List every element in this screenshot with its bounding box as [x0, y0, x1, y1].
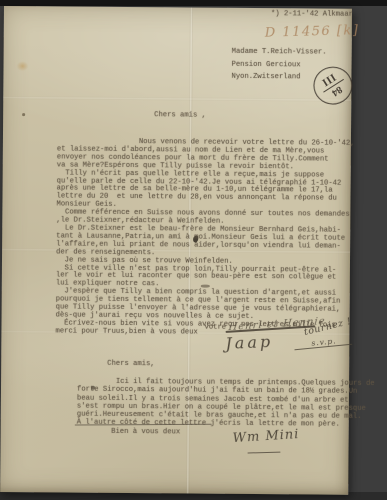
stamp-bottom-text: 84	[330, 84, 343, 97]
letter1-salutation: Chers amis ,	[154, 112, 206, 120]
address-line-3: Nyon.Zwitserland	[231, 73, 300, 82]
scan-top-edge	[0, 0, 387, 6]
signature-underline	[247, 452, 280, 454]
paper-speck	[22, 113, 25, 116]
paper-stain	[16, 61, 28, 71]
letter2-body: Ici il fait toujours un temps de printem…	[77, 378, 375, 438]
archive-number-handwritten: D 11456 [k]	[265, 23, 360, 41]
letter-paper: *) 2-11-'42 Alkmaar D 11456 [k] Madame T…	[0, 6, 352, 495]
letter1-signature-jaap: Jaap	[225, 332, 274, 353]
scan-background: *) 2-11-'42 Alkmaar D 11456 [k] Madame T…	[0, 0, 387, 500]
letter2-signature: Wm Mini	[232, 427, 300, 446]
letter1-closing-typed: votre	[204, 325, 226, 333]
letter2-salutation: Chers amis,	[107, 361, 155, 369]
horizontal-fold-crease-top	[3, 96, 351, 102]
archive-stamp: III 84	[313, 66, 352, 104]
address-line-2: Pension Gercioux	[232, 60, 301, 69]
address-line-1: Madame T.Reich-Visser.	[232, 48, 327, 57]
letter1-body: Nous venons de recevoir votre lettre du …	[55, 138, 354, 338]
date-line: *) 2-11-'42 Alkmaar	[271, 11, 353, 20]
